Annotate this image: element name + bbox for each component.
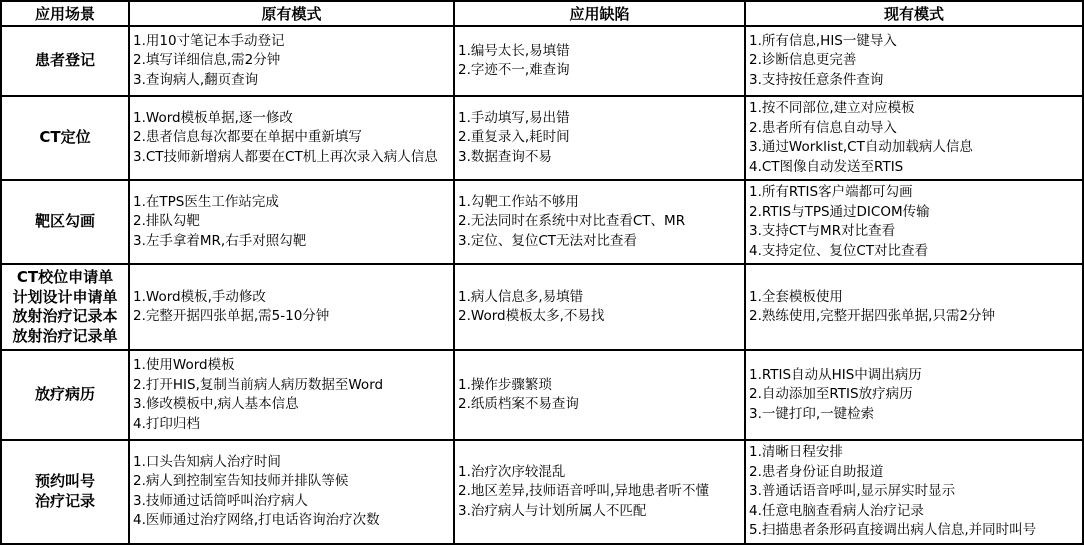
scenario-line: 预约叫号 [4,472,126,492]
defects-cell: 1.编号太长,易填错2.字迹不一,难查询 [454,26,745,96]
defects-cell: 1.治疗次序较混乱2.地区差异,技师语音呼叫,异地患者听不懂3.治疗病人与计划所… [454,440,745,544]
table-row: 患者登记1.用10寸笔记本手动登记2.填写详细信息,需2分钟3.查询病人,翻页查… [1,26,1083,96]
list-line: 3.CT技师新增病人都要在CT机上再次录入病人信息 [133,148,451,168]
list-line: 1.RTIS自动从HIS中调出病历 [749,366,1080,386]
list-line: 3.一键打印,一键检索 [749,405,1080,425]
scenario-cell: 患者登记 [1,26,129,96]
scenario-line: 靶区勾画 [4,212,126,232]
list-line: 1.使用Word模板 [133,356,451,376]
current-cell: 1.所有信息,HIS一键导入2.诊断信息更完善3.支持按任意条件查询 [745,26,1083,96]
original-cell: 1.口头告知病人治疗时间2.病人到控制室告知技师并排队等候3.技师通过话筒呼叫治… [129,440,454,544]
list-line: 3.普通话语音呼叫,显示屏实时显示 [749,482,1080,502]
current-cell: 1.按不同部位,建立对应模板2.患者所有信息自动导入3.通过Worklist,C… [745,96,1083,180]
scenario-cell: 放疗病历 [1,350,129,440]
list-line: 2.诊断信息更完善 [749,51,1080,71]
list-line: 1.全套模板使用 [749,288,1080,308]
list-line: 2.字迹不一,难查询 [458,61,742,81]
current-cell: 1.RTIS自动从HIS中调出病历2.自动添加至RTIS放疗病历3.一键打印,一… [745,350,1083,440]
list-line: 1.用10寸笔记本手动登记 [133,32,451,52]
scenario-cell: CT校位申请单计划设计申请单放射治疗记录本放射治疗记录单 [1,264,129,350]
table-row: CT校位申请单计划设计申请单放射治疗记录本放射治疗记录单1.Word模板,手动修… [1,264,1083,350]
list-line: 2.打开HIS,复制当前病人病历数据至Word [133,376,451,396]
current-cell: 1.全套模板使用2.熟练使用,完整开据四张单据,只需2分钟 [745,264,1083,350]
column-header: 现有模式 [745,1,1083,26]
list-line: 2.纸质档案不易查询 [458,395,742,415]
list-line: 3.修改模板中,病人基本信息 [133,395,451,415]
original-cell: 1.用10寸笔记本手动登记2.填写详细信息,需2分钟3.查询病人,翻页查询 [129,26,454,96]
list-line: 4.任意电脑查看病人治疗记录 [749,502,1080,522]
list-line: 1.所有RTIS客户端都可勾画 [749,183,1080,203]
current-cell: 1.清晰日程安排2.患者身份证自助报道3.普通话语音呼叫,显示屏实时显示4.任意… [745,440,1083,544]
scenario-line: 放射治疗记录单 [4,327,126,347]
scenario-line: 患者登记 [4,51,126,71]
list-line: 2.熟练使用,完整开据四张单据,只需2分钟 [749,307,1080,327]
list-line: 1.病人信息多,易填错 [458,288,742,308]
list-line: 2.患者信息每次都要在单据中重新填写 [133,128,451,148]
defects-cell: 1.手动填写,易出错2.重复录入,耗时间3.数据查询不易 [454,96,745,180]
list-line: 3.数据查询不易 [458,148,742,168]
list-line: 1.Word模板,手动修改 [133,288,451,308]
list-line: 2.RTIS与TPS通过DICOM传输 [749,203,1080,223]
list-line: 4.打印归档 [133,415,451,435]
list-line: 5.扫描患者条形码直接调出病人信息,并同时叫号 [749,521,1080,541]
original-cell: 1.使用Word模板2.打开HIS,复制当前病人病历数据至Word3.修改模板中… [129,350,454,440]
list-line: 1.所有信息,HIS一键导入 [749,32,1080,52]
list-line: 1.治疗次序较混乱 [458,463,742,483]
current-cell: 1.所有RTIS客户端都可勾画2.RTIS与TPS通过DICOM传输3.支持CT… [745,180,1083,264]
list-line: 1.在TPS医生工作站完成 [133,193,451,213]
list-line: 4.CT图像自动发送至RTIS [749,158,1080,178]
list-line: 3.治疗病人与计划所属人不匹配 [458,502,742,522]
column-header: 应用缺陷 [454,1,745,26]
table-row: CT定位1.Word模板单据,逐一修改2.患者信息每次都要在单据中重新填写3.C… [1,96,1083,180]
list-line: 3.支持CT与MR对比查看 [749,222,1080,242]
list-line: 4.支持定位、复位CT对比查看 [749,242,1080,262]
list-line: 3.支持按任意条件查询 [749,71,1080,91]
list-line: 2.重复录入,耗时间 [458,128,742,148]
scenario-cell: 靶区勾画 [1,180,129,264]
list-line: 1.手动填写,易出错 [458,109,742,129]
list-line: 1.操作步骤繁琐 [458,376,742,396]
defects-cell: 1.操作步骤繁琐2.纸质档案不易查询 [454,350,745,440]
list-line: 2.自动添加至RTIS放疗病历 [749,385,1080,405]
original-cell: 1.Word模板,手动修改2.完整开据四张单据,需5-10分钟 [129,264,454,350]
list-line: 2.排队勾靶 [133,212,451,232]
list-line: 2.患者所有信息自动导入 [749,119,1080,139]
scenario-cell: CT定位 [1,96,129,180]
list-line: 3.通过Worklist,CT自动加载病人信息 [749,138,1080,158]
list-line: 1.清晰日程安排 [749,443,1080,463]
table-head: 应用场景原有模式应用缺陷现有模式 [1,1,1083,26]
original-cell: 1.Word模板单据,逐一修改2.患者信息每次都要在单据中重新填写3.CT技师新… [129,96,454,180]
list-line: 3.定位、复位CT无法对比查看 [458,232,742,252]
list-line: 1.编号太长,易填错 [458,42,742,62]
defects-cell: 1.病人信息多,易填错2.Word模板太多,不易找 [454,264,745,350]
list-line: 2.无法同时在系统中对比查看CT、MR [458,212,742,232]
table-row: 靶区勾画1.在TPS医生工作站完成2.排队勾靶3.左手拿着MR,右手对照勾靶1.… [1,180,1083,264]
list-line: 2.病人到控制室告知技师并排队等候 [133,472,451,492]
list-line: 2.完整开据四张单据,需5-10分钟 [133,307,451,327]
scenario-cell: 预约叫号治疗记录 [1,440,129,544]
column-header: 应用场景 [1,1,129,26]
table-body: 患者登记1.用10寸笔记本手动登记2.填写详细信息,需2分钟3.查询病人,翻页查… [1,26,1083,544]
list-line: 1.按不同部位,建立对应模板 [749,99,1080,119]
original-cell: 1.在TPS医生工作站完成2.排队勾靶3.左手拿着MR,右手对照勾靶 [129,180,454,264]
scenario-line: 放疗病历 [4,385,126,405]
list-line: 2.患者身份证自助报道 [749,463,1080,483]
scenario-line: 计划设计申请单 [4,288,126,308]
scenario-line: CT校位申请单 [4,268,126,288]
list-line: 2.地区差异,技师语音呼叫,异地患者听不懂 [458,482,742,502]
list-line: 3.技师通过话筒呼叫治疗病人 [133,492,451,512]
defects-cell: 1.勾靶工作站不够用2.无法同时在系统中对比查看CT、MR3.定位、复位CT无法… [454,180,745,264]
table-row: 放疗病历1.使用Word模板2.打开HIS,复制当前病人病历数据至Word3.修… [1,350,1083,440]
scenario-line: CT定位 [4,128,126,148]
list-line: 1.Word模板单据,逐一修改 [133,109,451,129]
scenario-line: 放射治疗记录本 [4,307,126,327]
document-sheet: 应用场景原有模式应用缺陷现有模式 患者登记1.用10寸笔记本手动登记2.填写详细… [0,0,1084,554]
comparison-table: 应用场景原有模式应用缺陷现有模式 患者登记1.用10寸笔记本手动登记2.填写详细… [0,0,1084,545]
scenario-line: 治疗记录 [4,492,126,512]
list-line: 1.口头告知病人治疗时间 [133,453,451,473]
table-row: 预约叫号治疗记录1.口头告知病人治疗时间2.病人到控制室告知技师并排队等候3.技… [1,440,1083,544]
list-line: 2.Word模板太多,不易找 [458,307,742,327]
header-row: 应用场景原有模式应用缺陷现有模式 [1,1,1083,26]
list-line: 3.左手拿着MR,右手对照勾靶 [133,232,451,252]
list-line: 1.勾靶工作站不够用 [458,193,742,213]
list-line: 3.查询病人,翻页查询 [133,71,451,91]
list-line: 4.医师通过治疗网络,打电话咨询治疗次数 [133,511,451,531]
list-line: 2.填写详细信息,需2分钟 [133,51,451,71]
column-header: 原有模式 [129,1,454,26]
